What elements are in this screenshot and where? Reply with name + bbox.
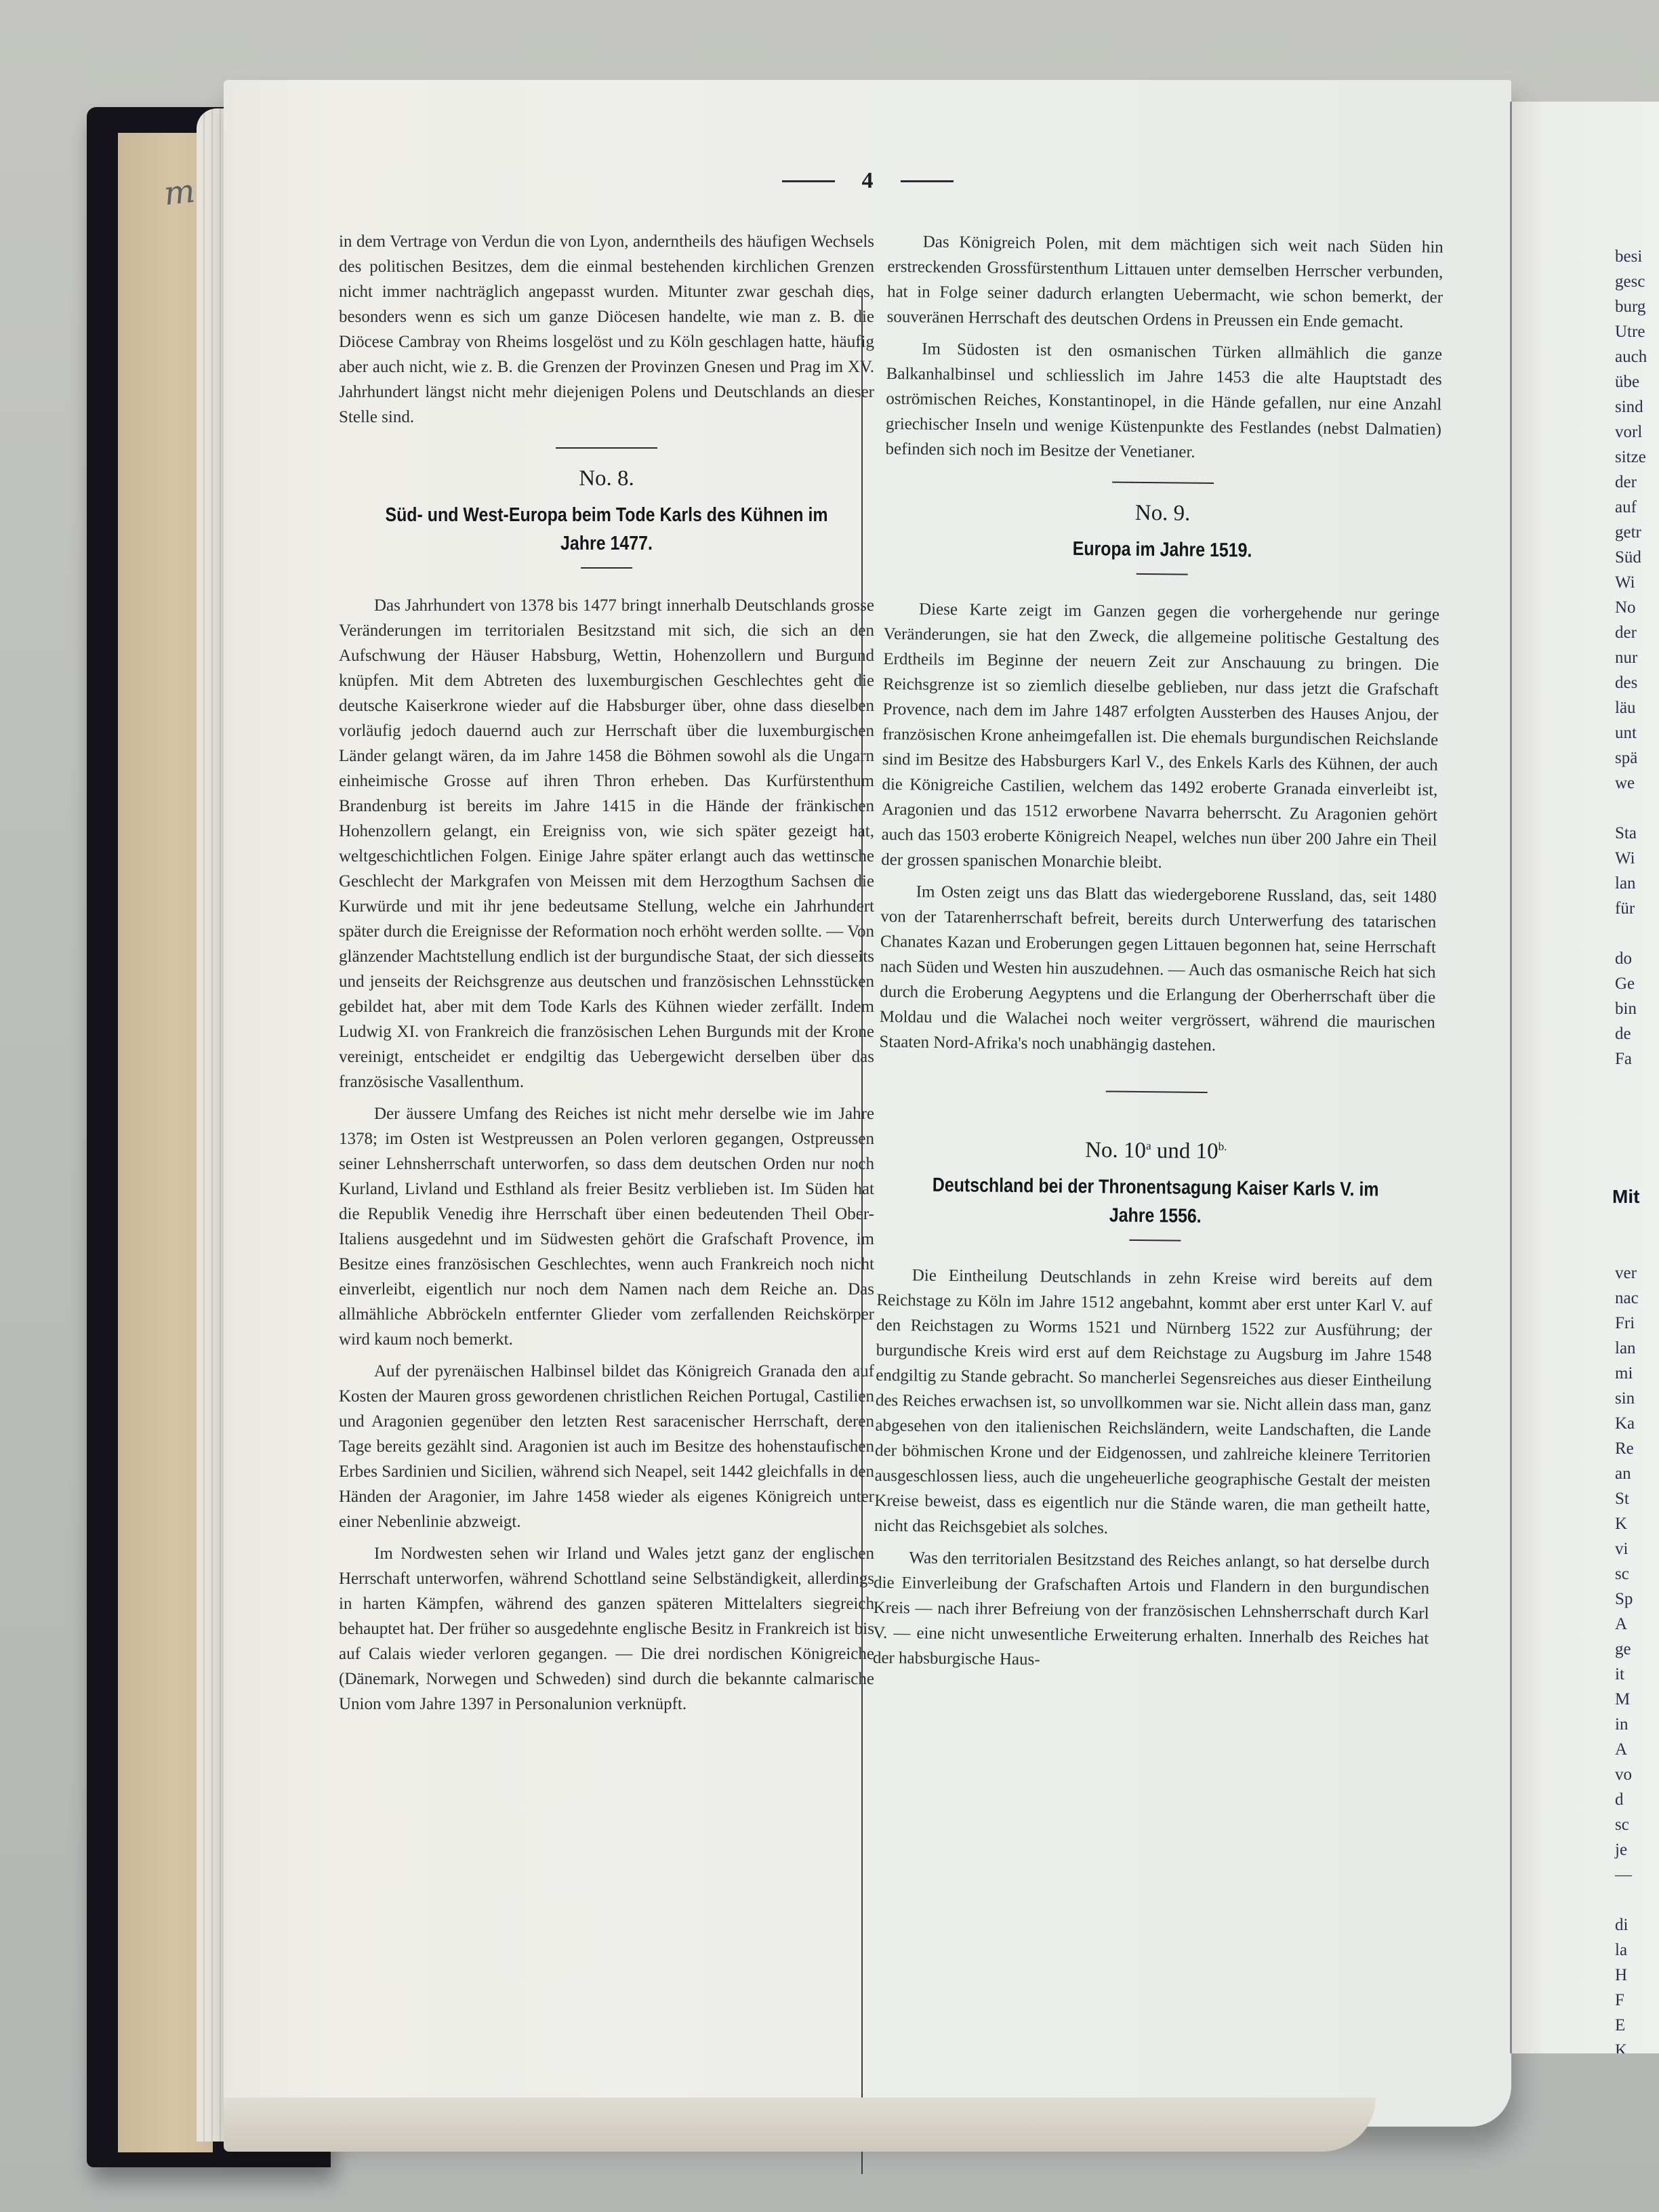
paragraph: Auf der pyrenäischen Halbinsel bildet da… <box>339 1359 874 1534</box>
next-page-text-bottom: ver nac Fri lan mi sin Ka Re an St K vi … <box>1615 1261 1639 2053</box>
left-column: in dem Vertrage von Verdun die von Lyon,… <box>339 229 874 1723</box>
paragraph: Das Jahrhundert von 1378 bis 1477 bringt… <box>339 593 874 1094</box>
section-separator <box>1106 1090 1208 1093</box>
section-separator <box>1112 481 1214 484</box>
paragraph: Im Osten zeigt uns das Blatt das wiederg… <box>879 879 1437 1061</box>
section-separator <box>556 447 657 449</box>
handwritten-mark: m <box>162 172 197 213</box>
paragraph: in dem Vertrage von Verdun die von Lyon,… <box>339 229 874 430</box>
section-number: No. 10a und 10b. <box>878 1130 1434 1167</box>
section-number: No. 8. <box>339 466 874 491</box>
header-rule-left <box>782 180 835 182</box>
section-title: Deutschland bei der Thronentsagung Kaise… <box>916 1171 1395 1233</box>
page-number: 4 <box>862 168 874 194</box>
title-rule <box>1136 573 1188 575</box>
title-rule <box>581 567 632 569</box>
section-number: No. 9. <box>884 498 1440 529</box>
page-header: 4 <box>224 168 1511 194</box>
paragraph: Das Königreich Polen, mit dem mächtigen … <box>886 229 1443 335</box>
next-page-fragment: besi gesc burg Utre auch übe sind vorl s… <box>1510 102 1659 2053</box>
next-page-text-top: besi gesc burg Utre auch übe sind vorl s… <box>1615 244 1647 1071</box>
paragraph: Im Südosten ist den osmanischen Türken a… <box>885 336 1442 468</box>
section-title: Europa im Jahre 1519. <box>923 533 1401 567</box>
page-bottom-curl <box>224 2097 1376 2152</box>
right-column: Das Königreich Polen, mit dem mächtigen … <box>873 229 1443 1683</box>
next-page-heading: Mit <box>1612 1186 1639 1208</box>
title-rule <box>1129 1240 1181 1242</box>
paragraph: Die Eintheilung Deutschlands in zehn Kre… <box>874 1263 1433 1544</box>
superscript-b: b. <box>1218 1140 1227 1153</box>
section-number-prefix: No. 10 <box>1085 1138 1146 1163</box>
book-page: 4 in dem Vertrage von Verdun die von Lyo… <box>224 80 1511 2127</box>
section-title: Süd- und West-Europa beim Tode Karls des… <box>376 501 836 558</box>
paragraph: Der äussere Umfang des Reiches ist nicht… <box>339 1101 874 1352</box>
section-number-joiner: und 10 <box>1151 1139 1218 1164</box>
header-rule-right <box>901 180 954 182</box>
paragraph: Im Nordwesten sehen wir Irland und Wales… <box>339 1541 874 1717</box>
paragraph: Was den territorialen Besitzstand des Re… <box>873 1545 1430 1677</box>
paragraph: Diese Karte zeigt im Ganzen gegen die vo… <box>881 596 1439 878</box>
